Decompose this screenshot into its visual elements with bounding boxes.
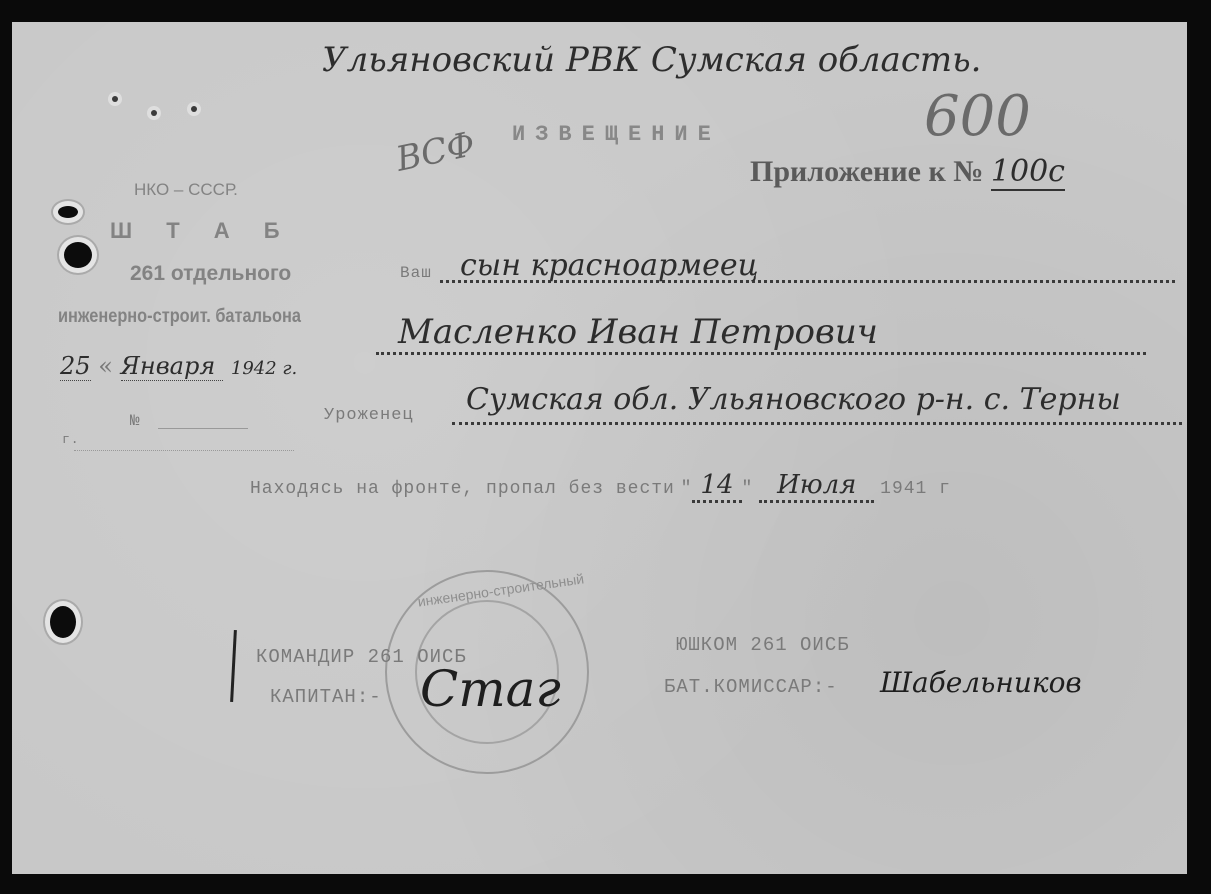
commissar-rank: БАТ.КОМИССАР:- (664, 676, 838, 698)
pinhole (191, 106, 197, 112)
issuer-org: НКО – СССР. (134, 180, 238, 200)
full-name-value: Масленко Иван Петрович (376, 312, 878, 352)
commander-signature: Стаг (420, 660, 561, 718)
issuer-unit-line1: 261 отдельного (130, 262, 291, 286)
status-line: Находясь на фронте, пропал без вести "14… (250, 470, 951, 500)
issuer-date-month: Января (121, 352, 224, 381)
appendix-number: 100с (991, 154, 1065, 191)
issuer-number-label: № (130, 412, 141, 430)
missing-year: 1941 г (880, 479, 951, 499)
binder-hole (58, 206, 78, 218)
to-label: Ваш (400, 264, 432, 282)
issuer-unit-line2: инженерно-строит. батальона (58, 306, 301, 328)
relation-line: сын красноармеец (440, 248, 1175, 283)
pencil-number: 600 (924, 84, 1031, 149)
commissar-signature: Шабельников (880, 666, 1082, 699)
full-name-line: Масленко Иван Петрович (376, 312, 1146, 355)
birthplace-value: Сумская обл. Ульяновского р-н. с. Терны (452, 382, 1121, 417)
appendix-line: Приложение к № 100с (750, 154, 1065, 189)
born-label: Уроженец (324, 406, 414, 425)
pen-stroke (230, 630, 237, 702)
issuer-date: 25 « Января 1942 г. (60, 352, 297, 380)
issuer-hq: Ш Т А Б (110, 218, 294, 244)
pinhole (151, 110, 157, 116)
commander-rank: КАПИТАН:- (270, 686, 382, 708)
pencil-mark-left: ВСФ (393, 124, 479, 180)
header-handwritten: Ульяновский РВК Сумская область. (322, 40, 981, 80)
binder-hole (50, 606, 76, 638)
issuer-date-year: 1942 г. (231, 358, 297, 379)
binder-hole (64, 242, 92, 268)
issuer-city-field (74, 450, 294, 451)
relation-value: сын красноармеец (440, 248, 759, 283)
commissar-title: ЮШКОМ 261 ОИСБ (676, 634, 850, 656)
missing-month: Июля (759, 470, 874, 503)
appendix-label: Приложение к № (750, 155, 983, 188)
missing-day: 14 (692, 470, 741, 503)
birthplace-line: Сумская обл. Ульяновского р-н. с. Терны (452, 382, 1182, 425)
issuer-city-label: г. (62, 432, 80, 447)
status-text: Находясь на фронте, пропал без вести (250, 479, 675, 499)
document-paper: Ульяновский РВК Сумская область. ВСФ 600… (12, 22, 1187, 874)
issuer-date-day: 25 (60, 352, 91, 381)
pinhole (112, 96, 118, 102)
issuer-number-field (158, 428, 248, 429)
document-title: ИЗВЕЩЕНИЕ (512, 122, 721, 147)
